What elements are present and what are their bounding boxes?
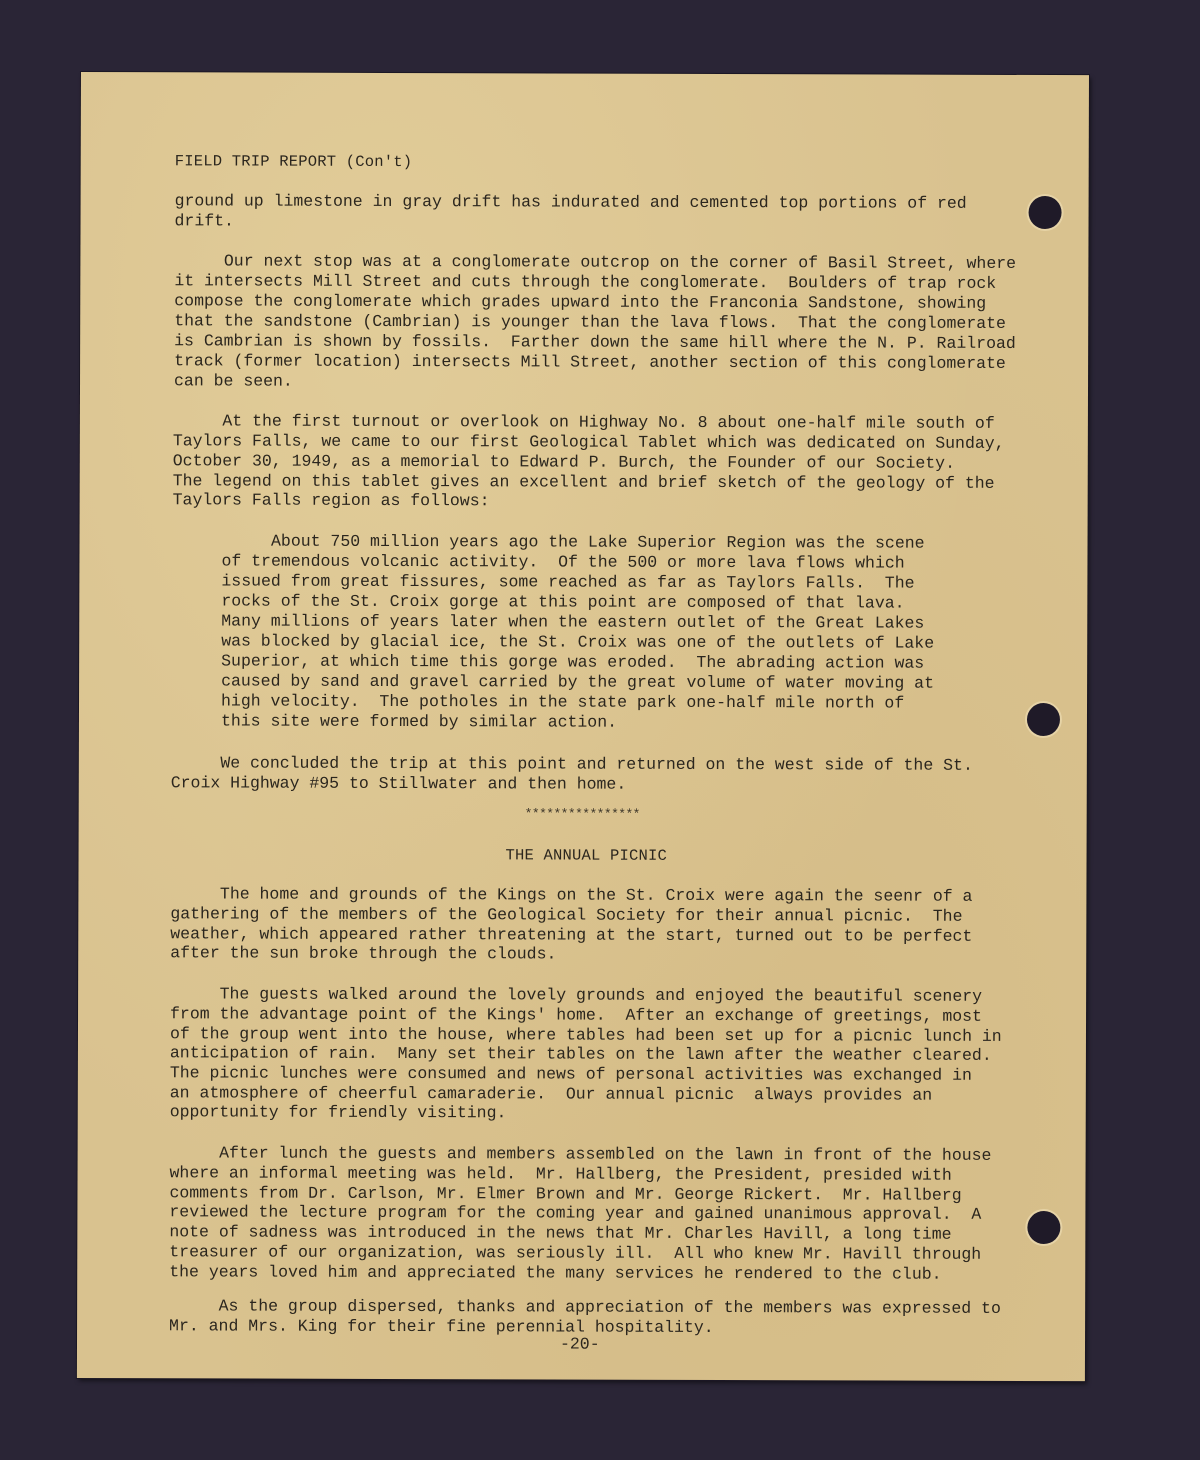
paragraph-line: note of sadness was introduced in the ne… — [169, 1222, 951, 1244]
quote-line: Many millions of years later when the ea… — [221, 611, 924, 633]
document-page: FIELD TRIP REPORT (Con't) ground up lime… — [77, 72, 1089, 1381]
quote-line: About 750 million years ago the Lake Sup… — [221, 531, 924, 553]
paragraph-line: anticipation of rain. Many set their tab… — [170, 1043, 992, 1066]
paragraph-line: opportunity for friendly visiting. — [170, 1102, 507, 1123]
paragraph-line: Taylors Falls, we came to our first Geol… — [173, 431, 1005, 454]
paragraph-line: from the advantage point of the Kings' h… — [170, 1004, 982, 1027]
paragraph-line: ground up limestone in gray drift has in… — [175, 191, 967, 213]
paragraph-line: treasurer of our organization, was serio… — [169, 1242, 981, 1265]
paragraph-line: compose the conglomerate which grades up… — [174, 291, 986, 314]
page-header: FIELD TRIP REPORT (Con't) — [175, 151, 413, 172]
paragraph-line: reviewed the lecture program for the com… — [169, 1202, 981, 1225]
paragraph-line: can be seen. — [174, 371, 293, 391]
quote-line: high velocity. The potholes in the state… — [221, 691, 904, 713]
paragraph-line: The home and grounds of the Kings on the… — [170, 884, 972, 907]
hole-punch-bottom — [1027, 1211, 1060, 1244]
paragraph-line: The guests walked around the lovely grou… — [170, 984, 982, 1007]
quote-line: rocks of the St. Croix gorge at this poi… — [221, 591, 904, 613]
paragraph-line: the years loved him and appreciated the … — [169, 1262, 941, 1284]
quote-line: was blocked by glacial ice, the St. Croi… — [221, 631, 934, 653]
quote-line: caused by sand and gravel carried by the… — [221, 671, 934, 693]
quote-line: of tremendous volcanic activity. Of the … — [221, 551, 904, 573]
quote-line: this site were formed by similar action. — [221, 711, 617, 732]
paragraph-line: As the group dispersed, thanks and appre… — [169, 1296, 1001, 1319]
section-separator: **************** — [525, 804, 640, 824]
paragraph-line: drift. — [175, 211, 234, 231]
paragraph-line: it intersects Mill Street and cuts throu… — [174, 271, 996, 294]
paragraph-line: that the sandstone (Cambrian) is younger… — [174, 311, 1006, 334]
paragraph-line: October 30, 1949, as a memorial to Edwar… — [173, 451, 955, 473]
hole-punch-middle — [1027, 703, 1060, 736]
paragraph-line: Our next stop was at a conglomerate outc… — [174, 251, 1016, 274]
paragraph-line: gathering of the members of the Geologic… — [170, 904, 962, 926]
page-number: -20- — [560, 1335, 600, 1355]
paragraph-line: Croix Highway #95 to Stillwater and then… — [171, 773, 627, 794]
section-heading: THE ANNUAL PICNIC — [506, 845, 668, 866]
paragraph-line: The picnic lunches were consumed and new… — [170, 1063, 972, 1086]
paragraph-line: After lunch the guests and members assem… — [170, 1143, 992, 1166]
paragraph-line: Taylors Falls region as follows: — [173, 490, 490, 511]
quote-line: Superior, at which time this gorge was e… — [221, 651, 924, 673]
paragraph-line: We concluded the trip at this point and … — [171, 753, 973, 776]
paragraph-line: where an informal meeting was held. Mr. … — [170, 1163, 952, 1185]
hole-punch-top — [1029, 196, 1062, 229]
paragraph-line: At the first turnout or overlook on High… — [173, 411, 995, 434]
quote-line: issued from great fissures, some reached… — [221, 571, 914, 593]
paragraph-line: Mr. and Mrs. King for their fine perenni… — [169, 1316, 714, 1338]
paragraph-line: track (former location) intersects Mill … — [174, 351, 1006, 374]
paragraph-line: is Cambrian is shown by fossils. Farther… — [174, 331, 1016, 354]
paragraph-line: after the sun broke through the clouds. — [170, 943, 556, 964]
